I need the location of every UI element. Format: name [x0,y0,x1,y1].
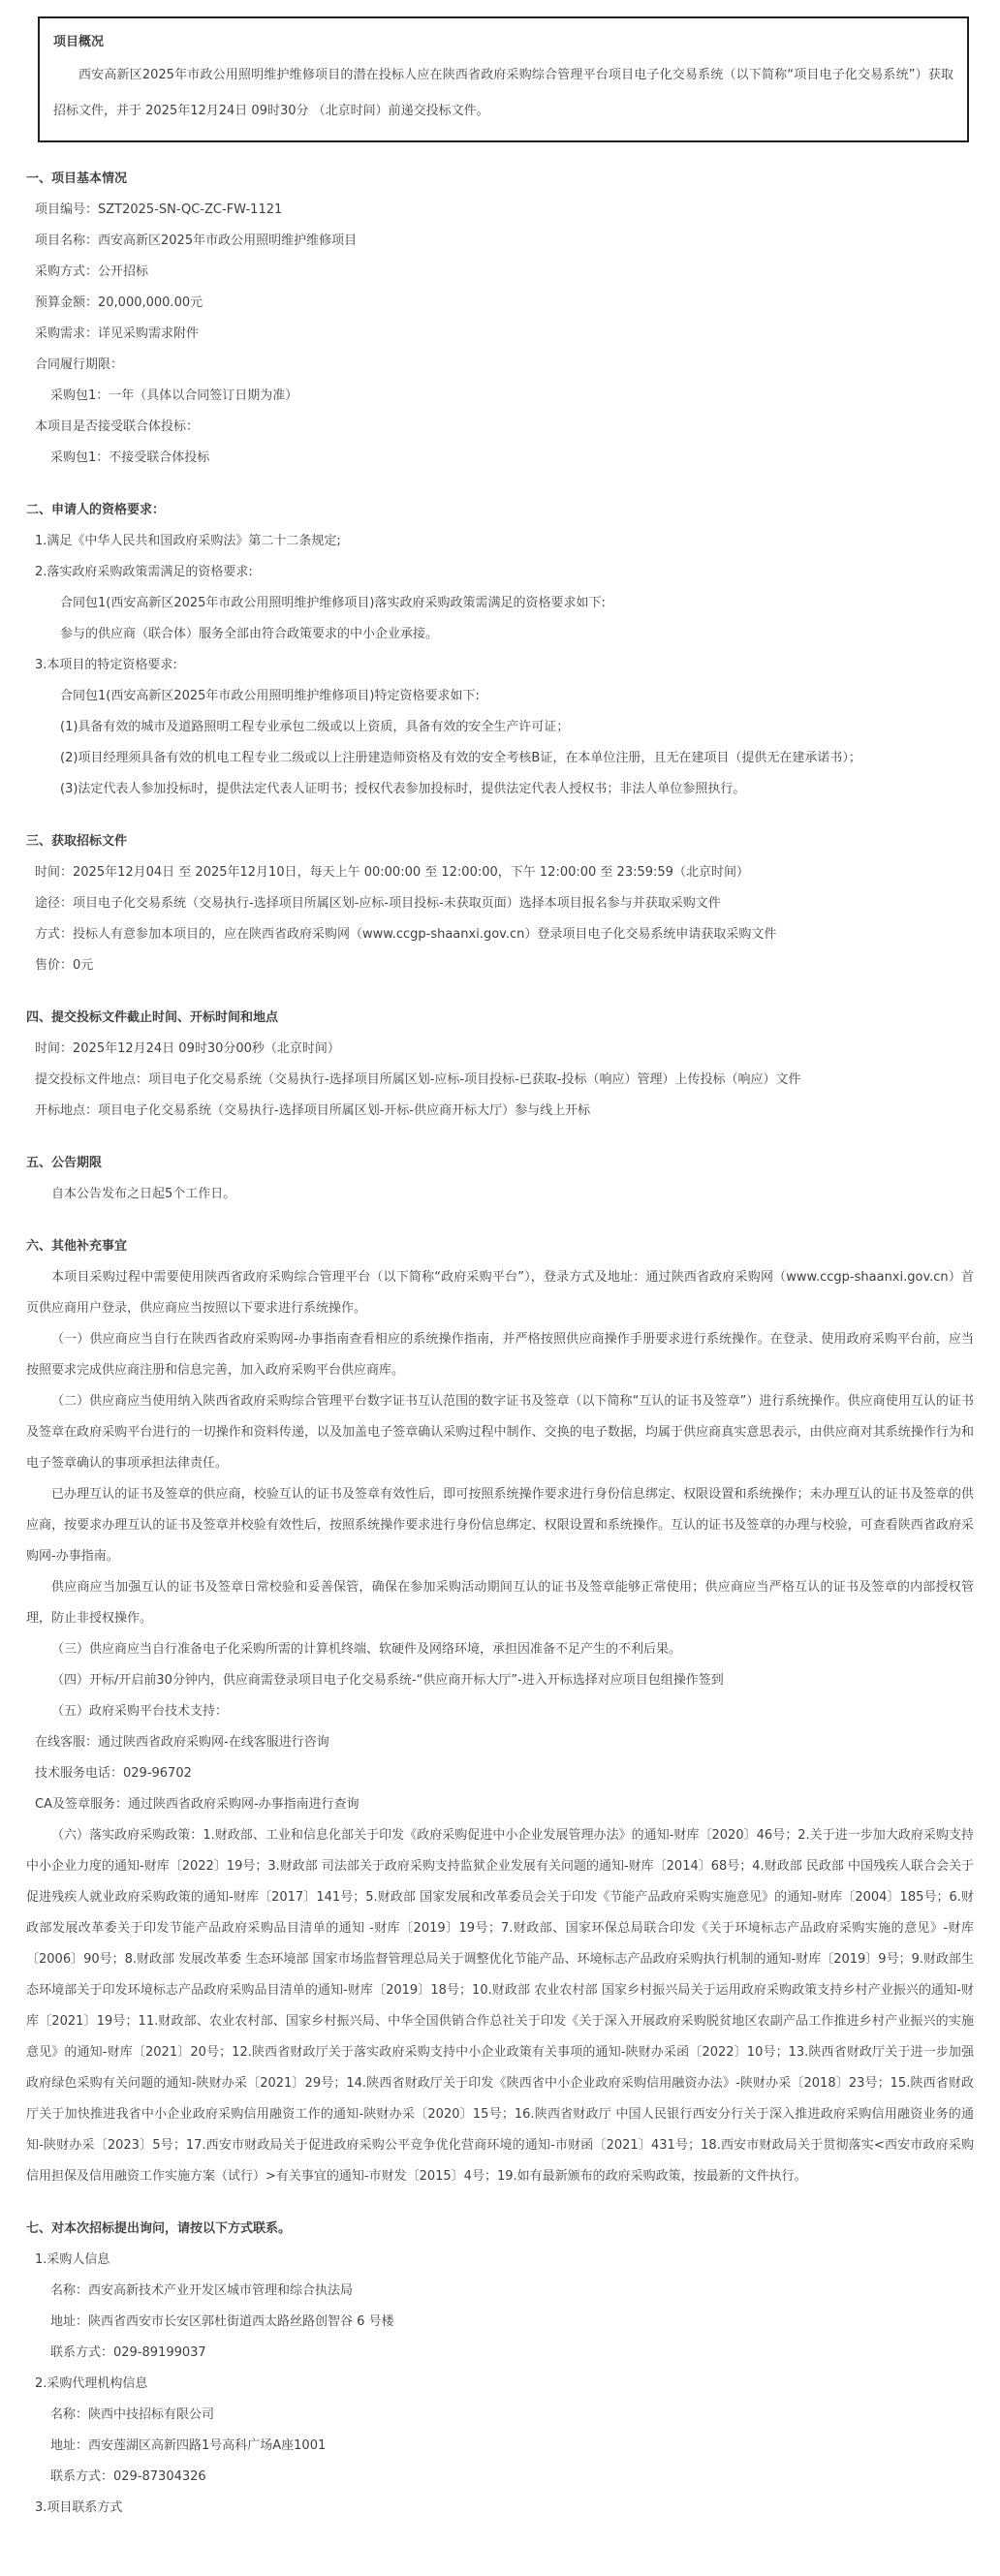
obtain-price: 售价：0元 [0,950,974,981]
purchaser-name: 名称：西安高新技术产业开发区城市管理和综合执法局 [0,2276,974,2307]
other-matters-para-2: （二）供应商应当使用纳入陕西省政府采购综合管理平台数字证书互认范围的数字证书及签… [0,1386,974,1479]
overview-body: 西安高新区2025年市政公用照明维护维修项目的潜在投标人应在陕西省政府采购综合管… [53,57,953,129]
section-heading-bid-opening: 四、提交投标文件截止时间、开标时间和地点 [0,1003,974,1034]
project-contact-label: 3.项目联系方式 [0,2493,974,2524]
qualification-specific: 合同包1(西安高新区2025年市政公用照明维护维修项目)特定资格要求如下: [0,681,974,712]
field-budget-amount: 预算金额：20,000,000.00元 [0,288,974,319]
qualification-req-3: (3)法定代表人参加投标时，提供法定代表人证明书；授权代表参加投标时，提供法定代… [0,774,974,805]
field-contract-period-label: 合同履行期限： [0,350,974,381]
qualification-sme: 参与的供应商（联合体）服务全部由符合政策要求的中小企业承接。 [0,619,974,650]
purchaser-info-label: 1.采购人信息 [0,2245,974,2276]
section-heading-announcement-period: 五、公告期限 [0,1148,974,1179]
agency-address: 地址：西安莲湖区高新四路1号高科广场A座1001 [0,2431,974,2462]
online-service-line: 在线客服：通过陕西省政府采购网-在线客服进行咨询 [0,1727,974,1758]
other-matters-para-5: （五）政府采购平台技术支持： [0,1696,974,1727]
other-matters-para-1: （一）供应商应当自行在陕西省政府采购网-办事指南查看相应的系统操作指南，并严格按… [0,1324,974,1386]
section-other-matters: 六、其他补充事宜 本项目采购过程中需要使用陕西省政府采购综合管理平台（以下简称“… [0,1231,974,2192]
section-heading-other-matters: 六、其他补充事宜 [0,1231,974,1262]
other-matters-para-4: （四）开标/开启前30分钟内，供应商需登录项目电子化交易系统-“供应商开标大厅”… [0,1665,974,1696]
obtain-time: 时间：2025年12月04日 至 2025年12月10日，每天上午 00:00:… [0,857,974,888]
purchaser-phone: 联系方式：029-89199037 [0,2338,974,2369]
section-contact: 七、对本次招标提出询问，请按以下方式联系。 1.采购人信息 名称：西安高新技术产… [0,2214,974,2524]
agency-phone: 联系方式：029-87304326 [0,2462,974,2493]
field-project-number: 项目编号：SZT2025-SN-QC-ZC-FW-1121 [0,195,974,226]
opening-location: 开标地点：项目电子化交易系统（交易执行-选择项目所属区划-开标-供应商开标大厅）… [0,1096,974,1127]
qualification-item-3: 3.本项目的特定资格要求: [0,650,974,681]
deadline-time: 时间：2025年12月24日 09时30分00秒（北京时间） [0,1034,974,1065]
section-qualification: 二、申请人的资格要求： 1.满足《中华人民共和国政府采购法》第二十二条规定; 2… [0,495,974,805]
announcement-period-text: 自本公告发布之日起5个工作日。 [0,1179,974,1210]
overview-title: 项目概况 [53,28,953,57]
section-obtain-documents: 三、获取招标文件 时间：2025年12月04日 至 2025年12月10日，每天… [0,826,974,981]
ca-signature-service-line: CA及签章服务：通过陕西省政府采购网-办事指南进行查询 [0,1789,974,1820]
obtain-method: 方式：投标人有意参加本项目的，应在陕西省政府采购网（www.ccgp-shaan… [0,919,974,950]
qualification-item-1: 1.满足《中华人民共和国政府采购法》第二十二条规定; [0,526,974,557]
field-project-name: 项目名称：西安高新区2025年市政公用照明维护维修项目 [0,226,974,257]
procurement-policies-paragraph: （六）落实政府采购政策：1.财政部、工业和信息化部关于印发《政府采购促进中小企业… [0,1820,974,2192]
agency-name: 名称：陕西中技招标有限公司 [0,2400,974,2431]
section-heading-contact: 七、对本次招标提出询问，请按以下方式联系。 [0,2214,974,2245]
field-procurement-demand: 采购需求：详见采购需求附件 [0,319,974,350]
other-matters-intro: 本项目采购过程中需要使用陕西省政府采购综合管理平台（以下简称“政府采购平台”），… [0,1262,974,1324]
section-heading-basic-info: 一、项目基本情况 [0,164,974,195]
submission-location: 提交投标文件地点：项目电子化交易系统（交易执行-选择项目所属区划-应标-项目投标… [0,1065,974,1096]
sub-package1-consortium: 采购包1：不接受联合体投标 [0,443,974,474]
agency-info-label: 2.采购代理机构信息 [0,2369,974,2400]
section-heading-obtain-documents: 三、获取招标文件 [0,826,974,857]
tender-announcement-document: 项目概况 西安高新区2025年市政公用照明维护维修项目的潜在投标人应在陕西省政府… [0,0,1000,2576]
sub-package1-period: 采购包1：一年（具体以合同签订日期为准） [0,381,974,412]
section-announcement-period: 五、公告期限 自本公告发布之日起5个工作日。 [0,1148,974,1210]
obtain-channel: 途径：项目电子化交易系统（交易执行-选择项目所属区划-应标-项目投标-未获取页面… [0,888,974,919]
tech-support-phone-line: 技术服务电话：029-96702 [0,1758,974,1789]
qualification-item-2: 2.落实政府采购政策需满足的资格要求: [0,557,974,588]
other-matters-para-2c: 供应商应当加强互认的证书及签章日常校验和妥善保管，确保在参加采购活动期间互认的证… [0,1572,974,1634]
field-procurement-method: 采购方式：公开招标 [0,257,974,288]
section-heading-qualification: 二、申请人的资格要求： [0,495,974,526]
other-matters-para-2b: 已办理互认的证书及签章的供应商，校验互认的证书及签章有效性后，即可按照系统操作要… [0,1479,974,1572]
section-bid-opening: 四、提交投标文件截止时间、开标时间和地点 时间：2025年12月24日 09时3… [0,1003,974,1127]
section-basic-info: 一、项目基本情况 项目编号：SZT2025-SN-QC-ZC-FW-1121 项… [0,164,974,474]
qualification-policy: 合同包1(西安高新区2025年市政公用照明维护维修项目)落实政府采购政策需满足的… [0,588,974,619]
purchaser-address: 地址：陕西省西安市长安区郭杜街道西太路丝路创智谷 6 号楼 [0,2307,974,2338]
field-consortium-label: 本项目是否接受联合体投标： [0,412,974,443]
project-overview-box: 项目概况 西安高新区2025年市政公用照明维护维修项目的潜在投标人应在陕西省政府… [38,16,969,142]
qualification-req-2: (2)项目经理须具备有效的机电工程专业二级或以上注册建造师资格及有效的安全考核B… [0,743,974,774]
qualification-req-1: (1)具备有效的城市及道路照明工程专业承包二级或以上资质，具备有效的安全生产许可… [0,712,974,743]
other-matters-para-3: （三）供应商应当自行准备电子化采购所需的计算机终端、软硬件及网络环境，承担因准备… [0,1634,974,1665]
